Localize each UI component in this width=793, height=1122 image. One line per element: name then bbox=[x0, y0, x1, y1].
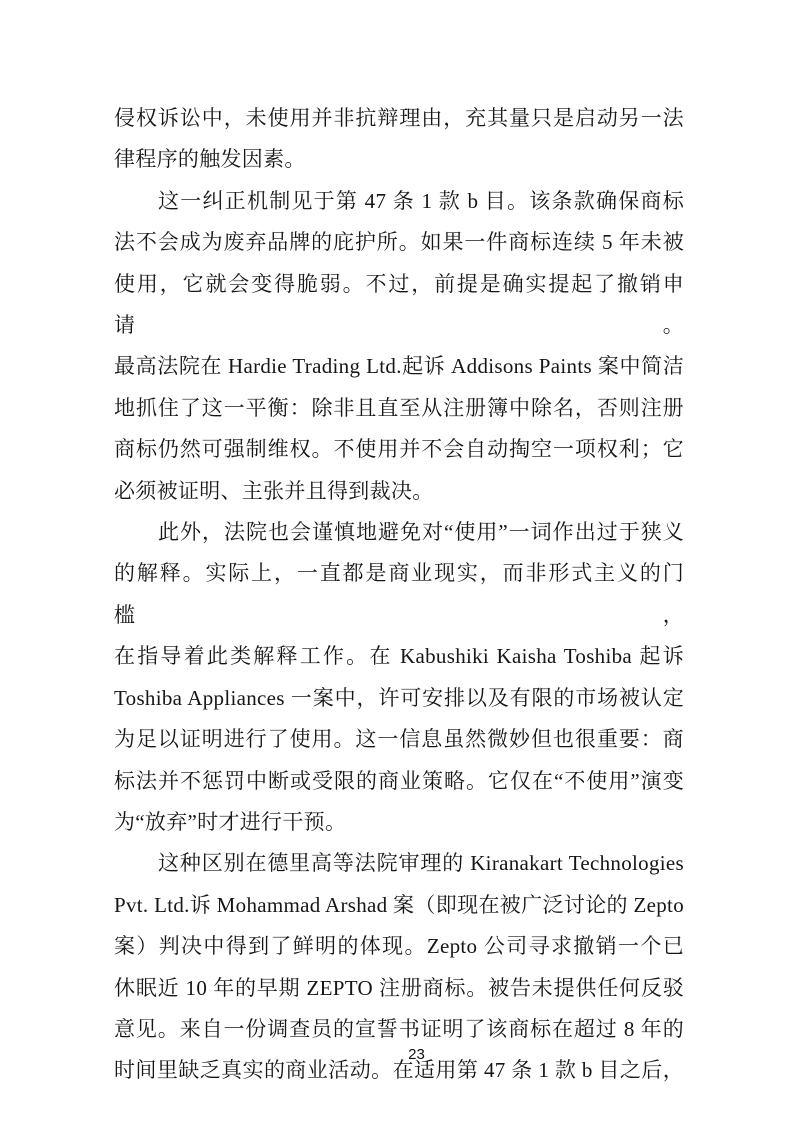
paragraph: 这一纠正机制见于第 47 条 1 款 b 目。该条款确保商标法不会成为废弃品牌的… bbox=[114, 181, 684, 512]
text-line: 必须被证明、主张并且得到裁决。 bbox=[114, 471, 684, 512]
text-line: 在指导着此类解释工作。在 Kabushiki Kaisha Toshiba 起诉 bbox=[114, 636, 684, 677]
text-line: 标法并不惩罚中断或受限的商业策略。它仅在“不使用”演变 bbox=[114, 761, 684, 802]
text-line: 最高法院在 Hardie Trading Ltd.起诉 Addisons Pai… bbox=[114, 346, 684, 387]
text-line: 使用，它就会变得脆弱。不过，前提是确实提起了撤销申请。 bbox=[114, 264, 684, 347]
text-line: 休眠近 10 年的早期 ZEPTO 注册商标。被告未提供任何反驳 bbox=[114, 968, 684, 1009]
text-line: Toshiba Appliances 一案中，许可安排以及有限的市场被认定 bbox=[114, 678, 684, 719]
text-line: 律程序的触发因素。 bbox=[114, 139, 684, 180]
text-line: 地抓住了这一平衡：除非且直至从注册簿中除名，否则注册 bbox=[114, 388, 684, 429]
paragraph: 此外，法院也会谨慎地避免对“使用”一词作出过于狭义的解释。实际上，一直都是商业现… bbox=[114, 512, 684, 843]
text-line: 商标仍然可强制维权。不使用并不会自动掏空一项权利；它 bbox=[114, 429, 684, 470]
text-line: 为足以证明进行了使用。这一信息虽然微妙但也很重要：商 bbox=[114, 719, 684, 760]
text-line: 案）判决中得到了鲜明的体现。Zepto 公司寻求撤销一个已 bbox=[114, 926, 684, 967]
text-line: 这种区别在德里高等法院审理的 Kiranakart Technologies bbox=[114, 843, 684, 884]
text-line: 这一纠正机制见于第 47 条 1 款 b 目。该条款确保商标 bbox=[114, 181, 684, 222]
page-footer: 23 bbox=[0, 1046, 793, 1064]
document-body: 侵权诉讼中，未使用并非抗辩理由，充其量只是启动另一法律程序的触发因素。这一纠正机… bbox=[114, 98, 684, 1092]
text-line: 为“放弃”时才进行干预。 bbox=[114, 802, 684, 843]
text-line: 此外，法院也会谨慎地避免对“使用”一词作出过于狭义 bbox=[114, 512, 684, 553]
text-line: 的解释。实际上，一直都是商业现实，而非形式主义的门槛， bbox=[114, 553, 684, 636]
page-number: 23 bbox=[408, 1046, 425, 1064]
text-line: Pvt. Ltd.诉 Mohammad Arshad 案（即现在被广泛讨论的 Z… bbox=[114, 885, 684, 926]
text-line: 侵权诉讼中，未使用并非抗辩理由，充其量只是启动另一法 bbox=[114, 98, 684, 139]
document-page: 侵权诉讼中，未使用并非抗辩理由，充其量只是启动另一法律程序的触发因素。这一纠正机… bbox=[0, 0, 793, 1122]
text-line: 法不会成为废弃品牌的庇护所。如果一件商标连续 5 年未被 bbox=[114, 222, 684, 263]
paragraph: 侵权诉讼中，未使用并非抗辩理由，充其量只是启动另一法律程序的触发因素。 bbox=[114, 98, 684, 181]
text-line: 意见。来自一份调查员的宣誓书证明了该商标在超过 8 年的 bbox=[114, 1009, 684, 1050]
